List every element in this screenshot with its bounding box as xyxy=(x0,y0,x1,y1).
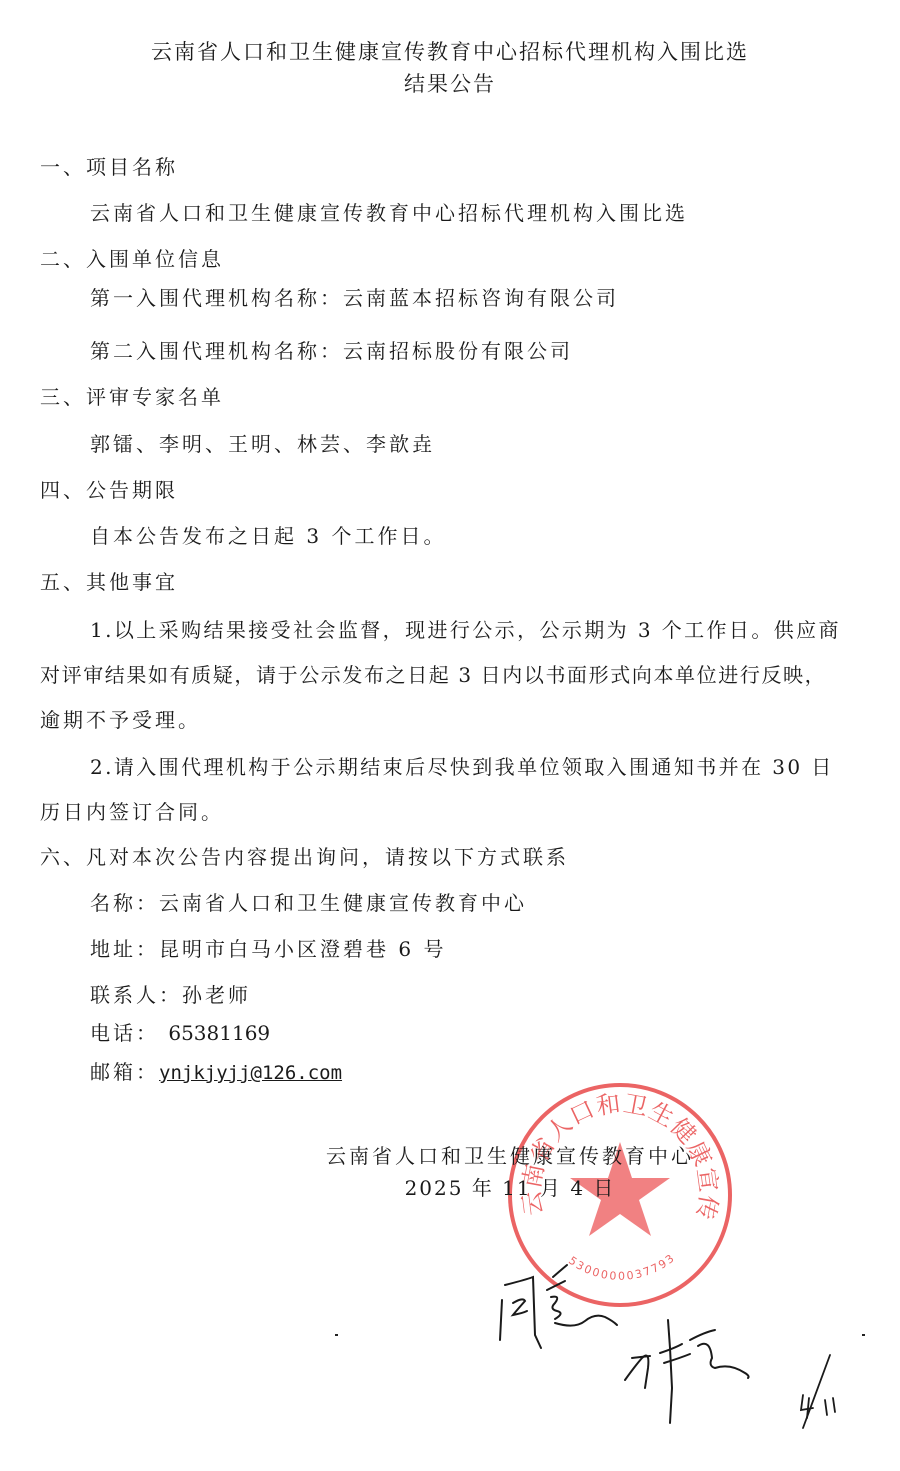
section-heading-expert-list: 三、评审专家名单 xyxy=(40,383,224,411)
first-shortlisted-agency: 第一入围代理机构名称：云南蓝本招标咨询有限公司 xyxy=(90,284,619,312)
document-page: 云南省人口和卫生健康宣传教育中心招标代理机构入围比选 结果公告 一、项目名称 云… xyxy=(0,0,900,1471)
other-matters-item1-line1: 1.以上采购结果接受社会监督，现进行公示，公示期为 3 个工作日。供应商 xyxy=(90,616,841,644)
contact-name-value: 云南省人口和卫生健康宣传教育中心 xyxy=(159,891,527,915)
other-matters-item2-line2: 历日内签订合同。 xyxy=(40,798,224,826)
section-heading-project-name: 一、项目名称 xyxy=(40,153,178,181)
section-heading-other-matters: 五、其他事宜 xyxy=(40,568,178,596)
contact-email-link[interactable]: ynjkjyjj@126.com xyxy=(159,1062,342,1084)
signature-date: 2025 年 11 月 4 日 xyxy=(300,1174,720,1202)
other-matters-item2-line1: 2.请入围代理机构于公示期结束后尽快到我单位领取入围通知书并在 30 日 xyxy=(90,753,834,781)
section-heading-announcement-period: 四、公告期限 xyxy=(40,476,178,504)
second-shortlisted-agency: 第二入围代理机构名称：云南招标股份有限公司 xyxy=(90,337,573,365)
project-name-value: 云南省人口和卫生健康宣传教育中心招标代理机构入围比选 xyxy=(90,199,688,227)
document-title-line1: 云南省人口和卫生健康宣传教育中心招标代理机构入围比选 xyxy=(0,38,900,66)
other-matters-item1-line2: 对评审结果如有质疑，请于公示发布之日起 3 日内以书面形式向本单位进行反映， xyxy=(40,661,826,689)
contact-person-label: 联系人： xyxy=(90,983,182,1007)
contact-phone-label: 电话： xyxy=(90,1021,159,1045)
contact-email-row: 邮箱：ynjkjyjj@126.com xyxy=(90,1058,342,1087)
contact-person-row: 联系人：孙老师 xyxy=(90,981,251,1009)
announcement-period-value: 自本公告发布之日起 3 个工作日。 xyxy=(90,522,446,550)
contact-address-label: 地址： xyxy=(90,937,159,961)
contact-address-row: 地址：昆明市白马小区澄碧巷 6 号 xyxy=(90,935,446,963)
contact-name-row: 名称：云南省人口和卫生健康宣传教育中心 xyxy=(90,889,527,917)
section-heading-contact: 六、凡对本次公告内容提出询问，请按以下方式联系 xyxy=(40,843,569,871)
scan-speck xyxy=(862,1334,865,1336)
contact-phone-value: 65381169 xyxy=(168,1021,270,1045)
contact-address-value: 昆明市白马小区澄碧巷 6 号 xyxy=(159,937,446,961)
other-matters-item1-line3: 逾期不予受理。 xyxy=(40,706,201,734)
expert-names: 郭镭、李明、王明、林芸、李歆垚 xyxy=(90,430,435,458)
document-title-line2: 结果公告 xyxy=(0,70,900,98)
contact-email-label: 邮箱： xyxy=(90,1060,159,1084)
signature-organization: 云南省人口和卫生健康宣传教育中心 xyxy=(300,1142,720,1170)
handwritten-signature-icon xyxy=(620,1318,760,1428)
contact-name-label: 名称： xyxy=(90,891,159,915)
contact-phone-row: 电话： 65381169 xyxy=(90,1019,270,1047)
contact-person-value: 孙老师 xyxy=(182,983,251,1007)
handwritten-date-icon xyxy=(795,1350,845,1430)
scan-speck xyxy=(335,1334,338,1336)
section-heading-shortlisted-units: 二、入围单位信息 xyxy=(40,245,224,273)
